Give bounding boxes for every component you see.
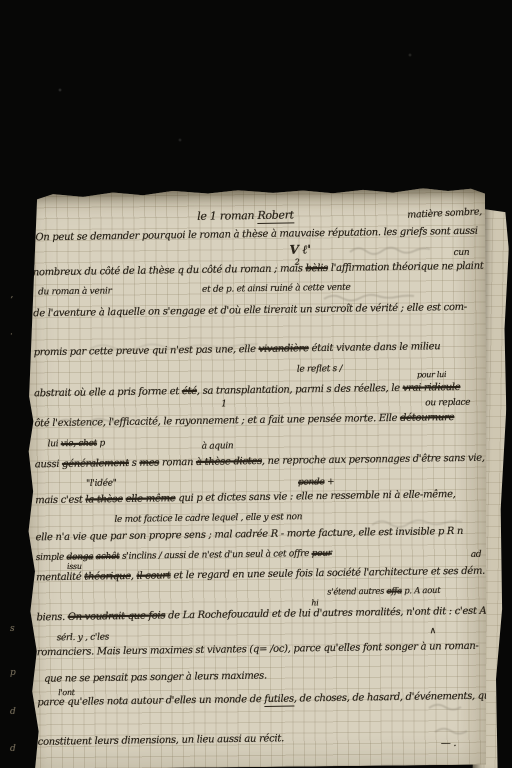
margin-mark: d (10, 707, 16, 717)
margin-mark: s (10, 624, 15, 634)
insert-mark: 1 (221, 399, 227, 409)
pencil-ghost-mark (348, 243, 438, 257)
margin-mark: · (10, 330, 13, 340)
interline-word: issu (67, 562, 82, 571)
handwriting-line: mais c'est la thèse elle-même qui p et d… (35, 489, 455, 506)
corner-annotation: matière sombre, (407, 206, 482, 220)
handwriting-line: biens. On voudrait que fois de La Rochef… (36, 606, 486, 624)
interline-word: cun (454, 248, 470, 258)
handwriting-line: simple donga achôt s'inclins / aussi de … (36, 549, 332, 563)
interline-note: s'étend autres effa p. A aout (327, 586, 440, 598)
interline-note: du roman à venir (38, 286, 112, 297)
insert-mark: ∧ (430, 626, 436, 636)
manuscript-photo: le 1 roman Robert matière sombre, On peu… (0, 0, 512, 768)
interline-note: "l'idée" (86, 478, 117, 488)
pencil-ghost-mark (322, 291, 422, 303)
handwriting-line: On peut se demander pourquoi le roman à … (35, 226, 477, 244)
pencil-ghost-mark (88, 340, 268, 354)
interline-note: à aquin (202, 441, 234, 451)
interline-word: ad (471, 550, 482, 560)
interline-note: le reflet s / (297, 364, 342, 375)
interline-word: hi (311, 598, 318, 607)
interline-note: lui vie, chet p (48, 438, 105, 449)
handwriting-line: constituent leurs dimensions, un lieu au… (38, 733, 284, 748)
handwriting-line: nombreux du côté de la thèse q du côté d… (33, 261, 484, 279)
interline-note: pour lui (417, 370, 446, 379)
handwriting-line: aussi généralement s mes roman à thèse d… (35, 453, 485, 471)
handwriting-line: mentalité théorique, il court et le rega… (36, 566, 485, 584)
interline-word: l'ont (58, 688, 75, 697)
interline-note: sérl. y , c'les (57, 632, 110, 643)
margin-mark: p (10, 668, 16, 678)
margin-mark: ʼ (10, 296, 13, 306)
handwriting-line: de l'aventure à laquelle on s'engage et … (33, 302, 467, 319)
interline-note: ou replace (425, 398, 470, 409)
pencil-ghost-mark (425, 700, 485, 740)
handwriting-line: que ne se pensait pas songer à leurs max… (44, 670, 267, 684)
interline-note: le mot factice le cadre lequel , elle y … (114, 512, 302, 525)
pencil-ghost-mark (55, 415, 125, 427)
handwriting-line: romanciers. Mais leurs maximes st vivant… (37, 641, 479, 659)
margin-mark: d (10, 744, 16, 754)
page-title: le 1 roman Robert (197, 208, 294, 222)
manuscript-page: le 1 roman Robert matière sombre, On peu… (23, 187, 491, 768)
insert-mark: V ℓ' (290, 242, 311, 257)
interline-note: pende + (298, 477, 334, 488)
pencil-ghost-mark (370, 516, 470, 530)
handwriting-line: abstrait où elle a pris forme et été, sa… (34, 382, 460, 399)
